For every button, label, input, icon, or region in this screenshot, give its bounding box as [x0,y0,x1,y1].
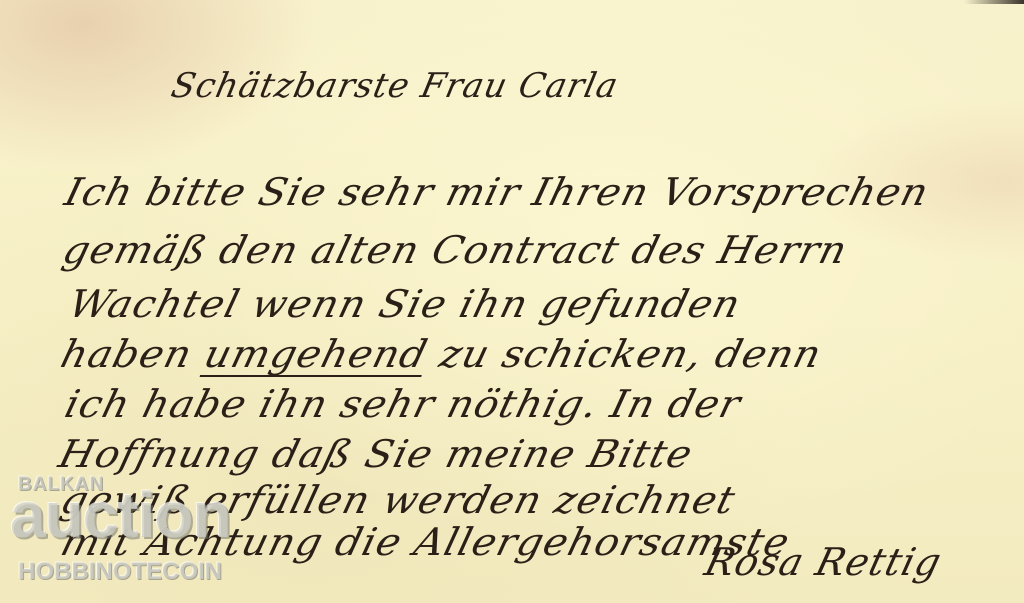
letter-salutation: Schätzbarste Frau Carla [168,66,622,106]
letter-page: Schätzbarste Frau Carla Ich bitte Sie se… [0,0,1024,603]
letter-line-5: ich habe ihn sehr nöthig. In der [61,382,746,426]
letter-line-2: gemäß den alten Contract des Herrn [59,228,853,272]
page-edge-shadow [964,0,1024,4]
letter-line-1: Ich bitte Sie sehr mir Ihren Vorsprechen [61,170,934,214]
line-4-prefix: haben [57,332,211,376]
line-4-suffix: zu schicken, denn [421,332,826,376]
underlined-word: umgehend [200,332,433,376]
letter-line-8: mit Achtung die Allergehorsamste [57,520,795,564]
letter-line-7: gewiß erfüllen werden zeichnet [57,478,741,522]
letter-signature: Rosa Rettig [701,540,947,584]
letter-line-6: Hoffnung daß Sie meine Bitte [55,432,698,476]
letter-line-4: haben umgehend zu schicken, denn [57,332,827,376]
letter-line-3: Wachtel wenn Sie ihn gefunden [65,282,746,326]
